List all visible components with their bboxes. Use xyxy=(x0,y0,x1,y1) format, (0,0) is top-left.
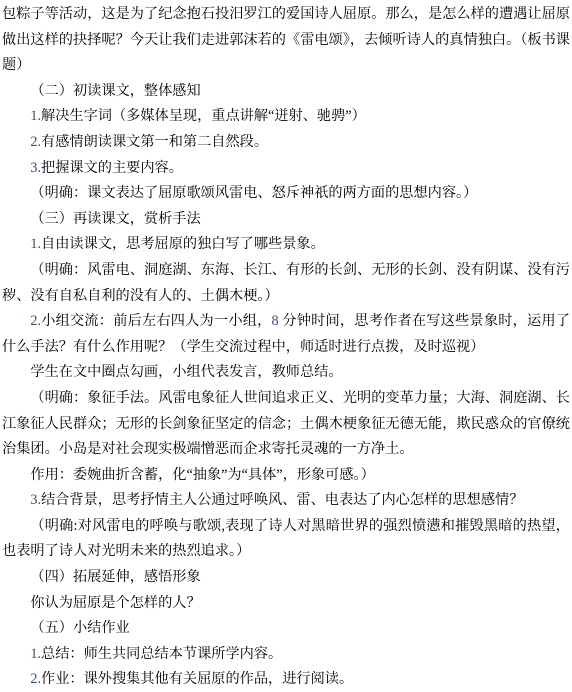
numbered-item: 2.作业：课外搜集其他有关屈原的作品，进行阅读。 xyxy=(2,667,570,692)
clarification-note: （明确：象征手法。风雷电象征人世间追求正义、光明的变革力量；大海、洞庭湖、长江象… xyxy=(2,386,570,463)
body-paragraph: 学生在文中圈点勾画，小组代表发言，教师总结。 xyxy=(2,360,570,386)
numbered-item: 1.自由读课文，思考屈原的独白写了哪些景象。 xyxy=(2,232,570,258)
clarification-note: （明确:对风雷电的呼唤与歌颂,表现了诗人对黑暗世界的强烈愤懑和摧毁黑暗的热望，也… xyxy=(2,514,570,565)
latin-numeral: 1. xyxy=(30,108,41,124)
latin-numeral: 2. xyxy=(30,134,41,150)
numbered-item: 1.解决生字词（多媒体呈现，重点讲解“迸射、驰骋”） xyxy=(2,104,570,130)
latin-numeral: 3. xyxy=(30,492,41,508)
latin-numeral: 3. xyxy=(30,160,41,176)
latin-numeral: 2. xyxy=(30,313,41,329)
clarification-note: （明确：课文表达了屈原歌颂风雷电、怒斥神祇的两方面的思想内容。） xyxy=(2,181,570,207)
clarification-note: 作用：委婉曲折含蓄，化“抽象”为“具体”，形象可感。） xyxy=(2,463,570,489)
section-heading-4: （四）拓展延伸，感悟形象 xyxy=(2,565,570,591)
latin-numeral: 1. xyxy=(30,646,41,662)
section-heading-3: （三）再读课文，赏析手法 xyxy=(2,207,570,233)
document-page: 包粽子等活动，这是为了纪念抱石投汨罗江的爱国诗人屈原。那么，是怎么样的遭遇让屈原… xyxy=(0,0,572,692)
latin-numeral: 1. xyxy=(30,236,41,252)
intro-paragraph-continuation: 包粽子等活动，这是为了纪念抱石投汨罗江的爱国诗人屈原。那么，是怎么样的遭遇让屈原… xyxy=(2,2,570,79)
numbered-item: 1.总结：师生共同总结本节课所学内容。 xyxy=(2,642,570,668)
numbered-item: 3.把握课文的主要内容。 xyxy=(2,156,570,182)
latin-numeral: 2. xyxy=(30,671,41,687)
numbered-item: 2.有感情朗读课文第一和第二自然段。 xyxy=(2,130,570,156)
section-heading-2: （二）初读课文，整体感知 xyxy=(2,79,570,105)
body-paragraph: 你认为屈原是个怎样的人？ xyxy=(2,591,570,617)
latin-numeral: 8 xyxy=(272,313,279,329)
numbered-item: 3.结合背景，思考抒情主人公通过呼唤风、雷、电表达了内心怎样的思想感情？ xyxy=(2,488,570,514)
section-heading-5: （五）小结作业 xyxy=(2,616,570,642)
clarification-note: （明确：风雷电、洞庭湖、东海、长江、有形的长剑、无形的长剑、没有阴谋、没有污秽、… xyxy=(2,258,570,309)
numbered-item: 2.小组交流：前后左右四人为一小组，8 分钟时间，思考作者在写这些景象时，运用了… xyxy=(2,309,570,360)
